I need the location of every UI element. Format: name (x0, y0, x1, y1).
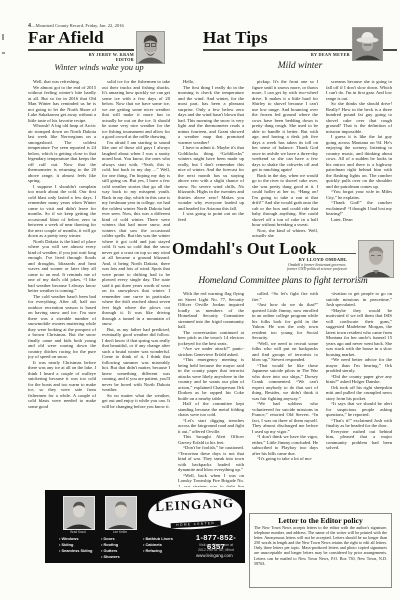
leingang-ad: Brad Kraut Lee Keller LEINGANG HOME CENT… (45, 490, 245, 563)
kram-photo (136, 31, 165, 64)
salesman2-photo (105, 496, 137, 530)
omdahl-rule (312, 253, 356, 254)
far-afield-column-2: solid ice for the fishermen to take out … (102, 79, 170, 489)
scan-artifact (2, 34, 4, 40)
hat-tips-column-1: Hello,The first thing I really do in the… (178, 79, 244, 237)
letter-policy-body: The New Town News accepts letters to the… (254, 525, 387, 566)
newspaper-page: 4—Mountrail County Record, Friday, Jan. … (0, 0, 400, 600)
letter-policy-title: Letter to the Editor policy (254, 516, 387, 525)
salesman2-headshot-icon (106, 497, 136, 529)
byline-role: EDITOR (28, 57, 134, 62)
far-afield-title: Far Afield (28, 29, 104, 47)
omdahl-column-1: With the red warning flag flying on Stre… (178, 291, 244, 487)
hat-tips-subhead: Mild winter (203, 61, 397, 71)
omdahl-title: Omdahl's Out Look (172, 240, 317, 257)
ad-address: Visit our Showroom at2012 2nd St. SE, Mi… (189, 543, 243, 552)
omdahl-byline: BY LLOYD OMDAHL (290, 257, 356, 262)
ad-website: www.leingang.com (196, 553, 233, 558)
meyer-photo (352, 27, 383, 61)
home-center-banner: HOME CENTER (170, 520, 221, 528)
omdahl-column-2: called. “So let's fight fire with fire.”… (252, 291, 318, 507)
salesman1-photo (63, 496, 95, 530)
far-afield-rule (28, 49, 134, 51)
hat-tips-title: Hat Tips (203, 29, 268, 47)
omdahl-photo (358, 240, 394, 278)
meyer-headshot-icon (353, 28, 382, 60)
leingang-logo: LEINGANG HOME CENTER Since 1927 (147, 491, 243, 532)
omdahl-tagline: Omdahl a former lieutenant governor,form… (278, 263, 356, 272)
services-list-2: DoorsRoofingGuttersShowers (101, 536, 139, 560)
omdahl-headline: Homeland Committee plans to fight terror… (172, 276, 394, 286)
salesman1-headshot-icon (64, 497, 94, 529)
salesman1-name: Brad Kraut (58, 530, 98, 534)
omdahl-column-3: -tivation to get people to go on suicide… (326, 291, 392, 507)
hat-tips-byline: BY DEAN MEYER (240, 52, 350, 57)
omdahl-headshot-icon (359, 241, 393, 277)
salesman2-name: Lee Keller (100, 530, 140, 534)
far-afield-subhead: Winter winds wake you up (28, 62, 170, 72)
hat-tips-column-2: pickup. It's the front one so I figure u… (252, 79, 318, 237)
letter-policy-box: Letter to the Editor policy The New Town… (249, 513, 392, 588)
hat-tips-column-3: screams because she is going to fall off… (326, 79, 392, 237)
far-afield-column-1: Well, that was refreshing.We almost got … (28, 79, 96, 489)
services-list-3: Bathtub LinersCabinetsRefacing (143, 536, 191, 554)
far-afield-byline: BY JERRY W. KRAM EDITOR (28, 52, 134, 62)
kram-headshot-icon (137, 32, 164, 63)
services-list-1: WindowsSidingSeamless Siding (59, 536, 99, 554)
scan-artifact (2, 52, 5, 54)
